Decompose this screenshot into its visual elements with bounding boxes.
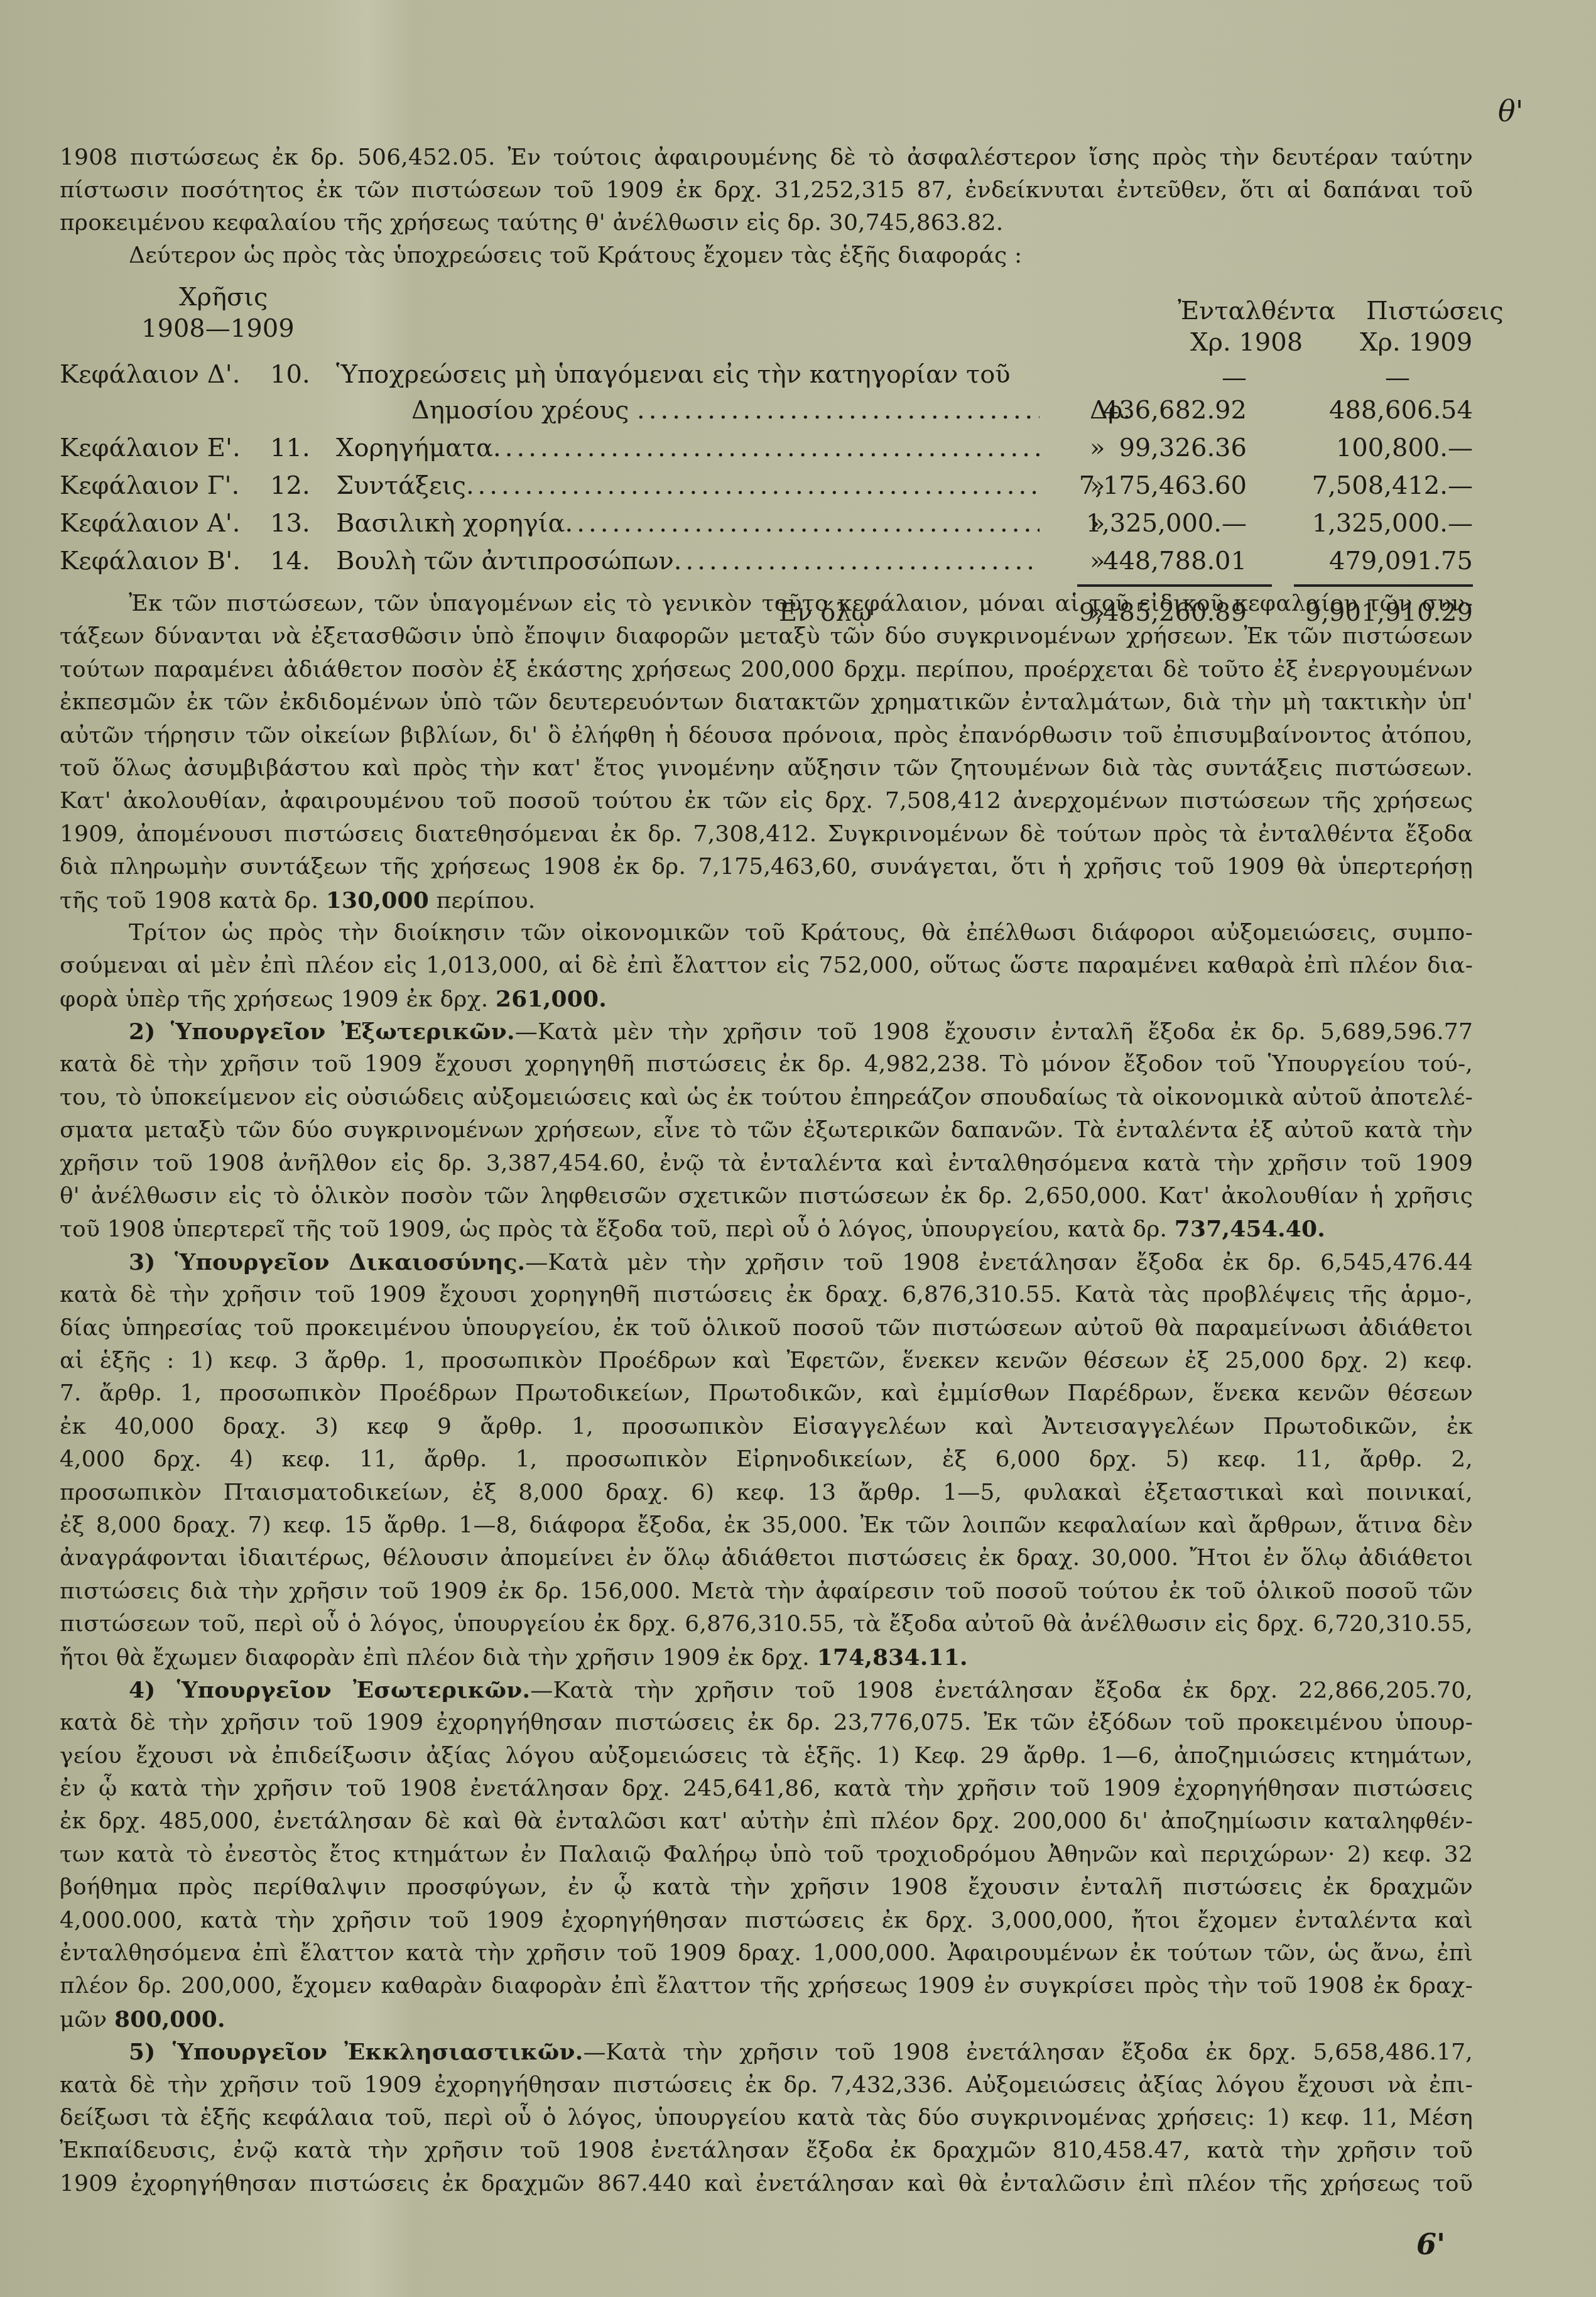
line-text: δίας ὑπηρεσίας τοῦ προκειμένου ὑπουργείο… bbox=[60, 1315, 1473, 1341]
text-line: χρῆσιν τοῦ 1908 ἀνῆλθον εἰς δρ. 3,387,45… bbox=[60, 1147, 1473, 1180]
ministry-heading: 4) Ὑπουργεῖον Ἐσωτερικῶν. bbox=[129, 1677, 530, 1703]
text-line: πιστώσεις διὰ τὴν χρῆσιν τοῦ 1909 ἐκ δρ.… bbox=[60, 1575, 1473, 1608]
text-line: δείξωσι τὰ ἑξῆς κεφάλαια τοῦ, περὶ οὗ ὁ … bbox=[60, 2102, 1473, 2134]
chapter-cell: Κεφάλαιον Γ'. bbox=[60, 468, 239, 503]
text-line: θ' ἀνέλθωσιν εἰς τὸ ὁλικὸν ποσὸν τῶν ληφ… bbox=[60, 1180, 1473, 1213]
text-line: ἐκ 40,000 δραχ. 3) κεφ 9 ἄρθρ. 1, προσωπ… bbox=[60, 1410, 1473, 1443]
total-rule-1908 bbox=[1077, 584, 1272, 587]
description-cell: Συντάξεις...............................… bbox=[336, 468, 1040, 503]
text-line: 7. ἄρθρ. 1, προσωπικὸν Προέδρων Πρωτοδικ… bbox=[60, 1377, 1473, 1410]
text-line: ἐκ δρχ. 485,000, ἐνετάλησαν δὲ καὶ θὰ ἐν… bbox=[60, 1805, 1473, 1838]
text-line: ἐνταλθησόμενα ἐπὶ ἔλαττον κατὰ τὴν χρῆσι… bbox=[60, 1937, 1473, 1970]
line-text: 4,000 δρχ. 4) κεφ. 11, ἄρθρ. 1, προσωπικ… bbox=[60, 1446, 1473, 1472]
line-text: αἱ ἑξῆς : 1) κεφ. 3 ἄρθρ. 1, προσωπικὸν … bbox=[60, 1348, 1473, 1373]
section-heading-line: 4) Ὑπουργεῖον Ἐσωτερικῶν.—Κατὰ τὴν χρῆσι… bbox=[60, 1674, 1473, 1706]
text-line: Ἐκπαίδευσις, ἐνῷ κατὰ τὴν χρῆσιν τοῦ 190… bbox=[60, 2134, 1473, 2167]
text-line: τοῦ ὅλως ἀσυμβιβάστου καὶ πρὸς τὴν κατ' … bbox=[60, 752, 1473, 785]
line-text-tail: περίπου. bbox=[429, 888, 536, 914]
line-text: του, τὸ ὑποκείμενον εἰς οὐσιώδεις αὐξομε… bbox=[60, 1084, 1473, 1110]
header-col1-title: Ἐνταλθέντα bbox=[1178, 297, 1335, 325]
line-text: Ἐκ τῶν πιστώσεων, τῶν ὑπαγομένων εἰς τὸ … bbox=[129, 591, 1473, 616]
text-line: ἐκπεσμῶν ἐκ τῶν ἐκδιδομένων ὑπὸ τῶν δευτ… bbox=[60, 686, 1473, 719]
line-text: των κατὰ τὸ ἐνεστὸς ἔτος κτημάτων ἐν Παλ… bbox=[60, 1841, 1473, 1867]
chapter-cell: Κεφάλαιον Ε'. bbox=[60, 430, 241, 466]
number-cell: 10. bbox=[270, 357, 310, 392]
line-text: ἐξ 8,000 δραχ. 7) κεφ. 15 ἄρθρ. 1—8, διά… bbox=[60, 1512, 1473, 1538]
text-line: Ἐκ τῶν πιστώσεων, τῶν ὑπαγομένων εἰς τὸ … bbox=[60, 587, 1473, 620]
value-1908-cell: 7,175,463.60 bbox=[1079, 468, 1247, 503]
text-line: Κατ' ἀκολουθίαν, ἀφαιρουμένου τοῦ ποσοῦ … bbox=[60, 785, 1473, 817]
header-col1-year: Χρ. 1908 bbox=[1190, 328, 1303, 357]
line-text: γείου ἔχουσι νὰ ἐπιδείξωσιν ἀξίας λόγου … bbox=[60, 1743, 1473, 1769]
description-cell: Δημοσίου χρέους ........................… bbox=[411, 393, 1040, 428]
table-row: Δημοσίου χρέους ........................… bbox=[60, 393, 1473, 428]
text-line: κατὰ δὲ τὴν χρῆσιν τοῦ 1909 ἐχορηγήθησαν… bbox=[60, 2069, 1473, 2102]
text-line: διὰ πληρωμὴν συντάξεων τῆς χρήσεως 1908 … bbox=[60, 851, 1473, 883]
text-line: δίας ὑπηρεσίας τοῦ προκειμένου ὑπουργείο… bbox=[60, 1312, 1473, 1345]
line-text: ἐν ᾧ κατὰ τὴν χρῆσιν τοῦ 1908 ἐνετάλησαν… bbox=[60, 1776, 1473, 1801]
value-1909-cell: 488,606.54 bbox=[1329, 393, 1473, 428]
page-folio-top: θ' bbox=[1498, 94, 1523, 128]
line-text: μῶν bbox=[60, 2007, 114, 2032]
ministry-heading: 2) Ὑπουργεῖον Ἐξωτερικῶν. bbox=[129, 1018, 515, 1045]
chapter-cell: Κεφάλαιον Β'. bbox=[60, 543, 241, 579]
text-line: ἀναγράφονται ἰδιαιτέρως, θέλουσιν ἀπομεί… bbox=[60, 1542, 1473, 1574]
text-line: ἤτοι θὰ ἔχωμεν διαφορὰν ἐπὶ πλέον διὰ τὴ… bbox=[60, 1641, 1473, 1674]
line-text: 1909, ἀπομένουσι πιστώσεις διατεθησόμενα… bbox=[60, 821, 1473, 847]
value-1908-cell: 448,788.01 bbox=[1103, 543, 1247, 579]
text-line: Τρίτον ὡς πρὸς τὴν διοίκησιν τῶν οἰκονομ… bbox=[60, 917, 1473, 949]
section-heading-line: 5) Ὑπουργεῖον Ἐκκλησιαστικῶν.—Κατὰ τὴν χ… bbox=[60, 2036, 1473, 2068]
text-line: ἐν ᾧ κατὰ τὴν χρῆσιν τοῦ 1908 ἐνετάλησαν… bbox=[60, 1772, 1473, 1805]
description-cell: Βασιλικὴ χορηγία........................… bbox=[336, 506, 1040, 541]
chapter-cell: Κεφάλαιον Α'. bbox=[60, 506, 240, 541]
line-text: Κατ' ἀκολουθίαν, ἀφαιρουμένου τοῦ ποσοῦ … bbox=[60, 788, 1473, 814]
text-line: κατὰ δὲ τὴν χρῆσιν τοῦ 1909 ἐχορηγήθησαν… bbox=[60, 1706, 1473, 1739]
line-text: τοῦ ὅλως ἀσυμβιβάστου καὶ πρὸς τὴν κατ' … bbox=[60, 755, 1473, 781]
line-text: προσωπικὸν Πταισματοδικείων, ἐξ 8,000 δρ… bbox=[60, 1480, 1473, 1505]
bold-amount: 130,000 bbox=[326, 887, 429, 914]
bold-amount: 261,000. bbox=[496, 986, 607, 1012]
line-text: κατὰ δὲ τὴν χρῆσιν τοῦ 1909 ἐχορηγήθησαν… bbox=[60, 1710, 1473, 1735]
line-text: κατὰ δὲ τὴν χρῆσιν τοῦ 1909 ἔχουσι χορηγ… bbox=[60, 1051, 1473, 1077]
text-line: πλέον δρ. 200,000, ἔχομεν καθαρὰν διαφορ… bbox=[60, 1970, 1473, 2002]
text-line: μῶν 800,000. bbox=[60, 2003, 1473, 2036]
line-text: 7. ἄρθρ. 1, προσωπικὸν Προέδρων Πρωτοδικ… bbox=[60, 1380, 1473, 1406]
text-line: ἐξ 8,000 δραχ. 7) κεφ. 15 ἄρθρ. 1—8, διά… bbox=[60, 1509, 1473, 1542]
text-line: γείου ἔχουσι νὰ ἐπιδείξωσιν ἀξίας λόγου … bbox=[60, 1740, 1473, 1772]
ministry-heading: 3) Ὑπουργεῖον Δικαιοσύνης. bbox=[129, 1249, 525, 1275]
description-cell: Βουλὴ τῶν ἀντιπροσώπων..................… bbox=[336, 543, 1040, 579]
table-row: Κεφάλαιον Β'. 14. Βουλὴ τῶν ἀντιπροσώπων… bbox=[60, 543, 1473, 579]
number-cell: 13. bbox=[270, 506, 310, 541]
text-line: Δεύτερον ὡς πρὸς τὰς ὑποχρεώσεις τοῦ Κρά… bbox=[60, 239, 1473, 272]
text-line: 4,000 δρχ. 4) κεφ. 11, ἄρθρ. 1, προσωπικ… bbox=[60, 1443, 1473, 1476]
text-line: 4,000.000, κατὰ τὴν χρῆσιν τοῦ 1909 ἐχορ… bbox=[60, 1904, 1473, 1937]
text-line: κατὰ δὲ τὴν χρῆσιν τοῦ 1909 ἔχουσι χορηγ… bbox=[60, 1279, 1473, 1311]
table-row: Κεφάλαιον Δ'. 10. Ὑποχρεώσεις μὴ ὑπαγόμε… bbox=[60, 357, 1473, 392]
value-1909-cell: 100,800.— bbox=[1336, 430, 1473, 466]
line-text: —Κατὰ τὴν χρῆσιν τοῦ 1908 ἐνετάλησαν ἔξο… bbox=[530, 1678, 1473, 1703]
line-text: ἤτοι θὰ ἔχωμεν διαφορὰν ἐπὶ πλέον διὰ τὴ… bbox=[60, 1645, 817, 1671]
line-text: δείξωσι τὰ ἑξῆς κεφάλαια τοῦ, περὶ οὗ ὁ … bbox=[60, 2105, 1473, 2131]
line-text: σματα μεταξὺ τῶν δύο συγκρινομένων χρήσε… bbox=[60, 1117, 1473, 1143]
line-text: φορὰ ὑπὲρ τῆς χρήσεως 1909 ἐκ δρχ. bbox=[60, 986, 496, 1012]
text-line: των κατὰ τὸ ἐνεστὸς ἔτος κτημάτων ἐν Παλ… bbox=[60, 1838, 1473, 1871]
line-text: ἐνταλθησόμενα ἐπὶ ἔλαττον κατὰ τὴν χρῆσι… bbox=[60, 1940, 1473, 1966]
text-line: κατὰ δὲ τὴν χρῆσιν τοῦ 1909 ἔχουσι χορηγ… bbox=[60, 1048, 1473, 1081]
line-text: διὰ πληρωμὴν συντάξεων τῆς χρήσεως 1908 … bbox=[60, 854, 1473, 880]
value-1909-cell: 1,325,000.— bbox=[1312, 506, 1473, 541]
text-line: προκειμένου κεφαλαίου τῆς χρήσεως ταύτης… bbox=[60, 207, 1473, 239]
line-text: 4,000.000, κατὰ τὴν χρῆσιν τοῦ 1909 ἐχορ… bbox=[60, 1907, 1473, 1933]
section-heading-line: 2) Ὑπουργεῖον Ἐξωτερικῶν.—Κατὰ μὲν τὴν χ… bbox=[60, 1015, 1473, 1048]
line-text: Τρίτον ὡς πρὸς τὴν διοίκησιν τῶν οἰκονομ… bbox=[129, 920, 1473, 946]
line-text: πλέον δρ. 200,000, ἔχομεν καθαρὰν διαφορ… bbox=[60, 1973, 1473, 1999]
value-1909-cell: 479,091.75 bbox=[1329, 543, 1473, 579]
line-text: τάξεων δύνανται νὰ ἐξετασθῶσιν ὑπὸ ἔποψι… bbox=[60, 623, 1473, 649]
line-text: ἐκ 40,000 δραχ. 3) κεφ 9 ἄρθρ. 1, προσωπ… bbox=[60, 1414, 1473, 1439]
description-cell: Χορηγήματα..............................… bbox=[336, 430, 1040, 466]
line-text: θ' ἀνέλθωσιν εἰς τὸ ὁλικὸν ποσὸν τῶν ληφ… bbox=[60, 1183, 1473, 1209]
table-row: Κεφάλαιον Α'. 13. Βασιλικὴ χορηγία......… bbox=[60, 506, 1473, 541]
number-cell: 12. bbox=[270, 468, 310, 503]
text-line: του, τὸ ὑποκείμενον εἰς οὐσιώδεις αὐξομε… bbox=[60, 1081, 1473, 1114]
number-cell: 14. bbox=[270, 543, 310, 579]
line-text: χρῆσιν τοῦ 1908 ἀνῆλθον εἰς δρ. 3,387,45… bbox=[60, 1150, 1473, 1176]
ministry-heading: 5) Ὑπουργεῖον Ἐκκλησιαστικῶν. bbox=[129, 2039, 583, 2065]
line-text: ἐκ δρχ. 485,000, ἐνετάλησαν δὲ καὶ θὰ ἐν… bbox=[60, 1808, 1473, 1834]
line-text: βοήθημα πρὸς περίθαλψιν προσφύγων, ἐν ᾧ … bbox=[60, 1874, 1473, 1900]
line-text: —Κατὰ μὲν τὴν χρῆσιν τοῦ 1908 ἔχουσιν ἐν… bbox=[515, 1019, 1473, 1045]
line-text: τῆς τοῦ 1908 κατὰ δρ. bbox=[60, 888, 326, 914]
section-heading-line: 3) Ὑπουργεῖον Δικαιοσύνης.—Κατὰ μὲν τὴν … bbox=[60, 1246, 1473, 1279]
description-cell: Ὑποχρεώσεις μὴ ὑπαγόμεναι εἰς τὴν κατηγο… bbox=[336, 357, 1040, 392]
value-1908-cell: 436,682.92 bbox=[1103, 393, 1247, 428]
header-xrisis: Χρῆσις bbox=[179, 283, 268, 312]
page-folio-bottom: 6' bbox=[1416, 2227, 1445, 2261]
text-line: σούμεναι αἱ μὲν ἐπὶ πλέον εἰς 1,013,000,… bbox=[60, 949, 1473, 982]
table-row: Κεφάλαιον Γ'. 12. Συντάξεις.............… bbox=[60, 468, 1473, 503]
text-line: φορὰ ὑπὲρ τῆς χρήσεως 1909 ἐκ δρχ. 261,0… bbox=[60, 983, 1473, 1015]
line-text: —Κατὰ μὲν τὴν χρῆσιν τοῦ 1908 ἐνετάλησαν… bbox=[525, 1250, 1473, 1275]
text-line: τούτων παραμένει ἀδιάθετον ποσὸν ἐξ ἑκάσ… bbox=[60, 653, 1473, 686]
line-text: ἀναγράφονται ἰδιαιτέρως, θέλουσιν ἀπομεί… bbox=[60, 1545, 1473, 1571]
text-line: τοῦ 1908 ὑπερτερεῖ τῆς τοῦ 1909, ὡς πρὸς… bbox=[60, 1213, 1473, 1245]
body-text: Ἐκ τῶν πιστώσεων, τῶν ὑπαγομένων εἰς τὸ … bbox=[60, 587, 1473, 2200]
text-line: βοήθημα πρὸς περίθαλψιν προσφύγων, ἐν ᾧ … bbox=[60, 1871, 1473, 1904]
line-text: Ἐκπαίδευσις, ἐνῷ κατὰ τὴν χρῆσιν τοῦ 190… bbox=[60, 2137, 1473, 2163]
line-text: 1909 ἐχορηγήθησαν πιστώσεις ἐκ δραχμῶν 8… bbox=[60, 2171, 1473, 2196]
text-line: σματα μεταξὺ τῶν δύο συγκρινομένων χρήσε… bbox=[60, 1114, 1473, 1147]
value-1908-cell: 1,325,000.— bbox=[1086, 506, 1247, 541]
table-row: Κεφάλαιον Ε'. 11. Χορηγήματα............… bbox=[60, 430, 1473, 466]
line-text: πιστώσεις διὰ τὴν χρῆσιν τοῦ 1909 ἐκ δρ.… bbox=[60, 1578, 1473, 1604]
text-line: 1908 πιστώσεως ἐκ δρ. 506,452.05. Ἐν τού… bbox=[60, 141, 1473, 174]
line-text: πιστώσεων τοῦ, περὶ οὗ ὁ λόγος, ὑπουργεί… bbox=[60, 1611, 1473, 1637]
number-cell: 11. bbox=[270, 430, 310, 466]
header-years: 1908—1909 bbox=[141, 314, 295, 343]
line-text: τούτων παραμένει ἀδιάθετον ποσὸν ἐξ ἑκάσ… bbox=[60, 657, 1473, 682]
line-text: κατὰ δὲ τὴν χρῆσιν τοῦ 1909 ἔχουσι χορηγ… bbox=[60, 1282, 1473, 1307]
text-line: τῆς τοῦ 1908 κατὰ δρ. 130,000 περίπου. bbox=[60, 884, 1473, 917]
value-1908-cell: 99,326.36 bbox=[1119, 430, 1247, 466]
line-text: σούμεναι αἱ μὲν ἐπὶ πλέον εἰς 1,013,000,… bbox=[60, 952, 1473, 978]
text-line: αἱ ἑξῆς : 1) κεφ. 3 ἄρθρ. 1, προσωπικὸν … bbox=[60, 1345, 1473, 1377]
line-text: αὐτῶν τήρησιν τῶν οἰκείων βιβλίων, δι' ὃ… bbox=[60, 723, 1473, 748]
unit-cell: » bbox=[1090, 430, 1105, 466]
text-line: 1909, ἀπομένουσι πιστώσεις διατεθησόμενα… bbox=[60, 818, 1473, 851]
header-col2-title: Πιστώσεις bbox=[1366, 297, 1504, 325]
text-line: 1909 ἐχορηγήθησαν πιστώσεις ἐκ δραχμῶν 8… bbox=[60, 2168, 1473, 2200]
intro-paragraph: 1908 πιστώσεως ἐκ δρ. 506,452.05. Ἐν τού… bbox=[60, 141, 1473, 272]
bold-amount: 737,454.40. bbox=[1175, 1216, 1325, 1242]
line-text: τοῦ 1908 ὑπερτερεῖ τῆς τοῦ 1909, ὡς πρὸς… bbox=[60, 1216, 1175, 1242]
text-line: πιστώσεων τοῦ, περὶ οὗ ὁ λόγος, ὑπουργεί… bbox=[60, 1608, 1473, 1640]
line-text: ἐκπεσμῶν ἐκ τῶν ἐκδιδομένων ὑπὸ τῶν δευτ… bbox=[60, 689, 1473, 715]
line-text: κατὰ δὲ τὴν χρῆσιν τοῦ 1909 ἐχορηγήθησαν… bbox=[60, 2072, 1473, 2098]
bold-amount: 174,834.11. bbox=[817, 1644, 968, 1671]
text-line: προσωπικὸν Πταισματοδικείων, ἐξ 8,000 δρ… bbox=[60, 1476, 1473, 1509]
value-1909-cell: 7,508,412.— bbox=[1312, 468, 1473, 503]
bold-amount: 800,000. bbox=[114, 2006, 225, 2032]
text-line: πίστωσιν ποσότητος ἐκ τῶν πιστώσεων τοῦ … bbox=[60, 174, 1473, 207]
text-line: αὐτῶν τήρησιν τῶν οἰκείων βιβλίων, δι' ὃ… bbox=[60, 719, 1473, 752]
line-text: —Κατὰ τὴν χρῆσιν τοῦ 1908 ἐνετάλησαν ἔξο… bbox=[583, 2039, 1473, 2065]
text-line: τάξεων δύνανται νὰ ἐξετασθῶσιν ὑπὸ ἔποψι… bbox=[60, 620, 1473, 653]
header-col2-year: Χρ. 1909 bbox=[1360, 328, 1472, 357]
total-rule-1909 bbox=[1294, 584, 1473, 587]
chapter-cell: Κεφάλαιον Δ'. bbox=[60, 357, 240, 392]
